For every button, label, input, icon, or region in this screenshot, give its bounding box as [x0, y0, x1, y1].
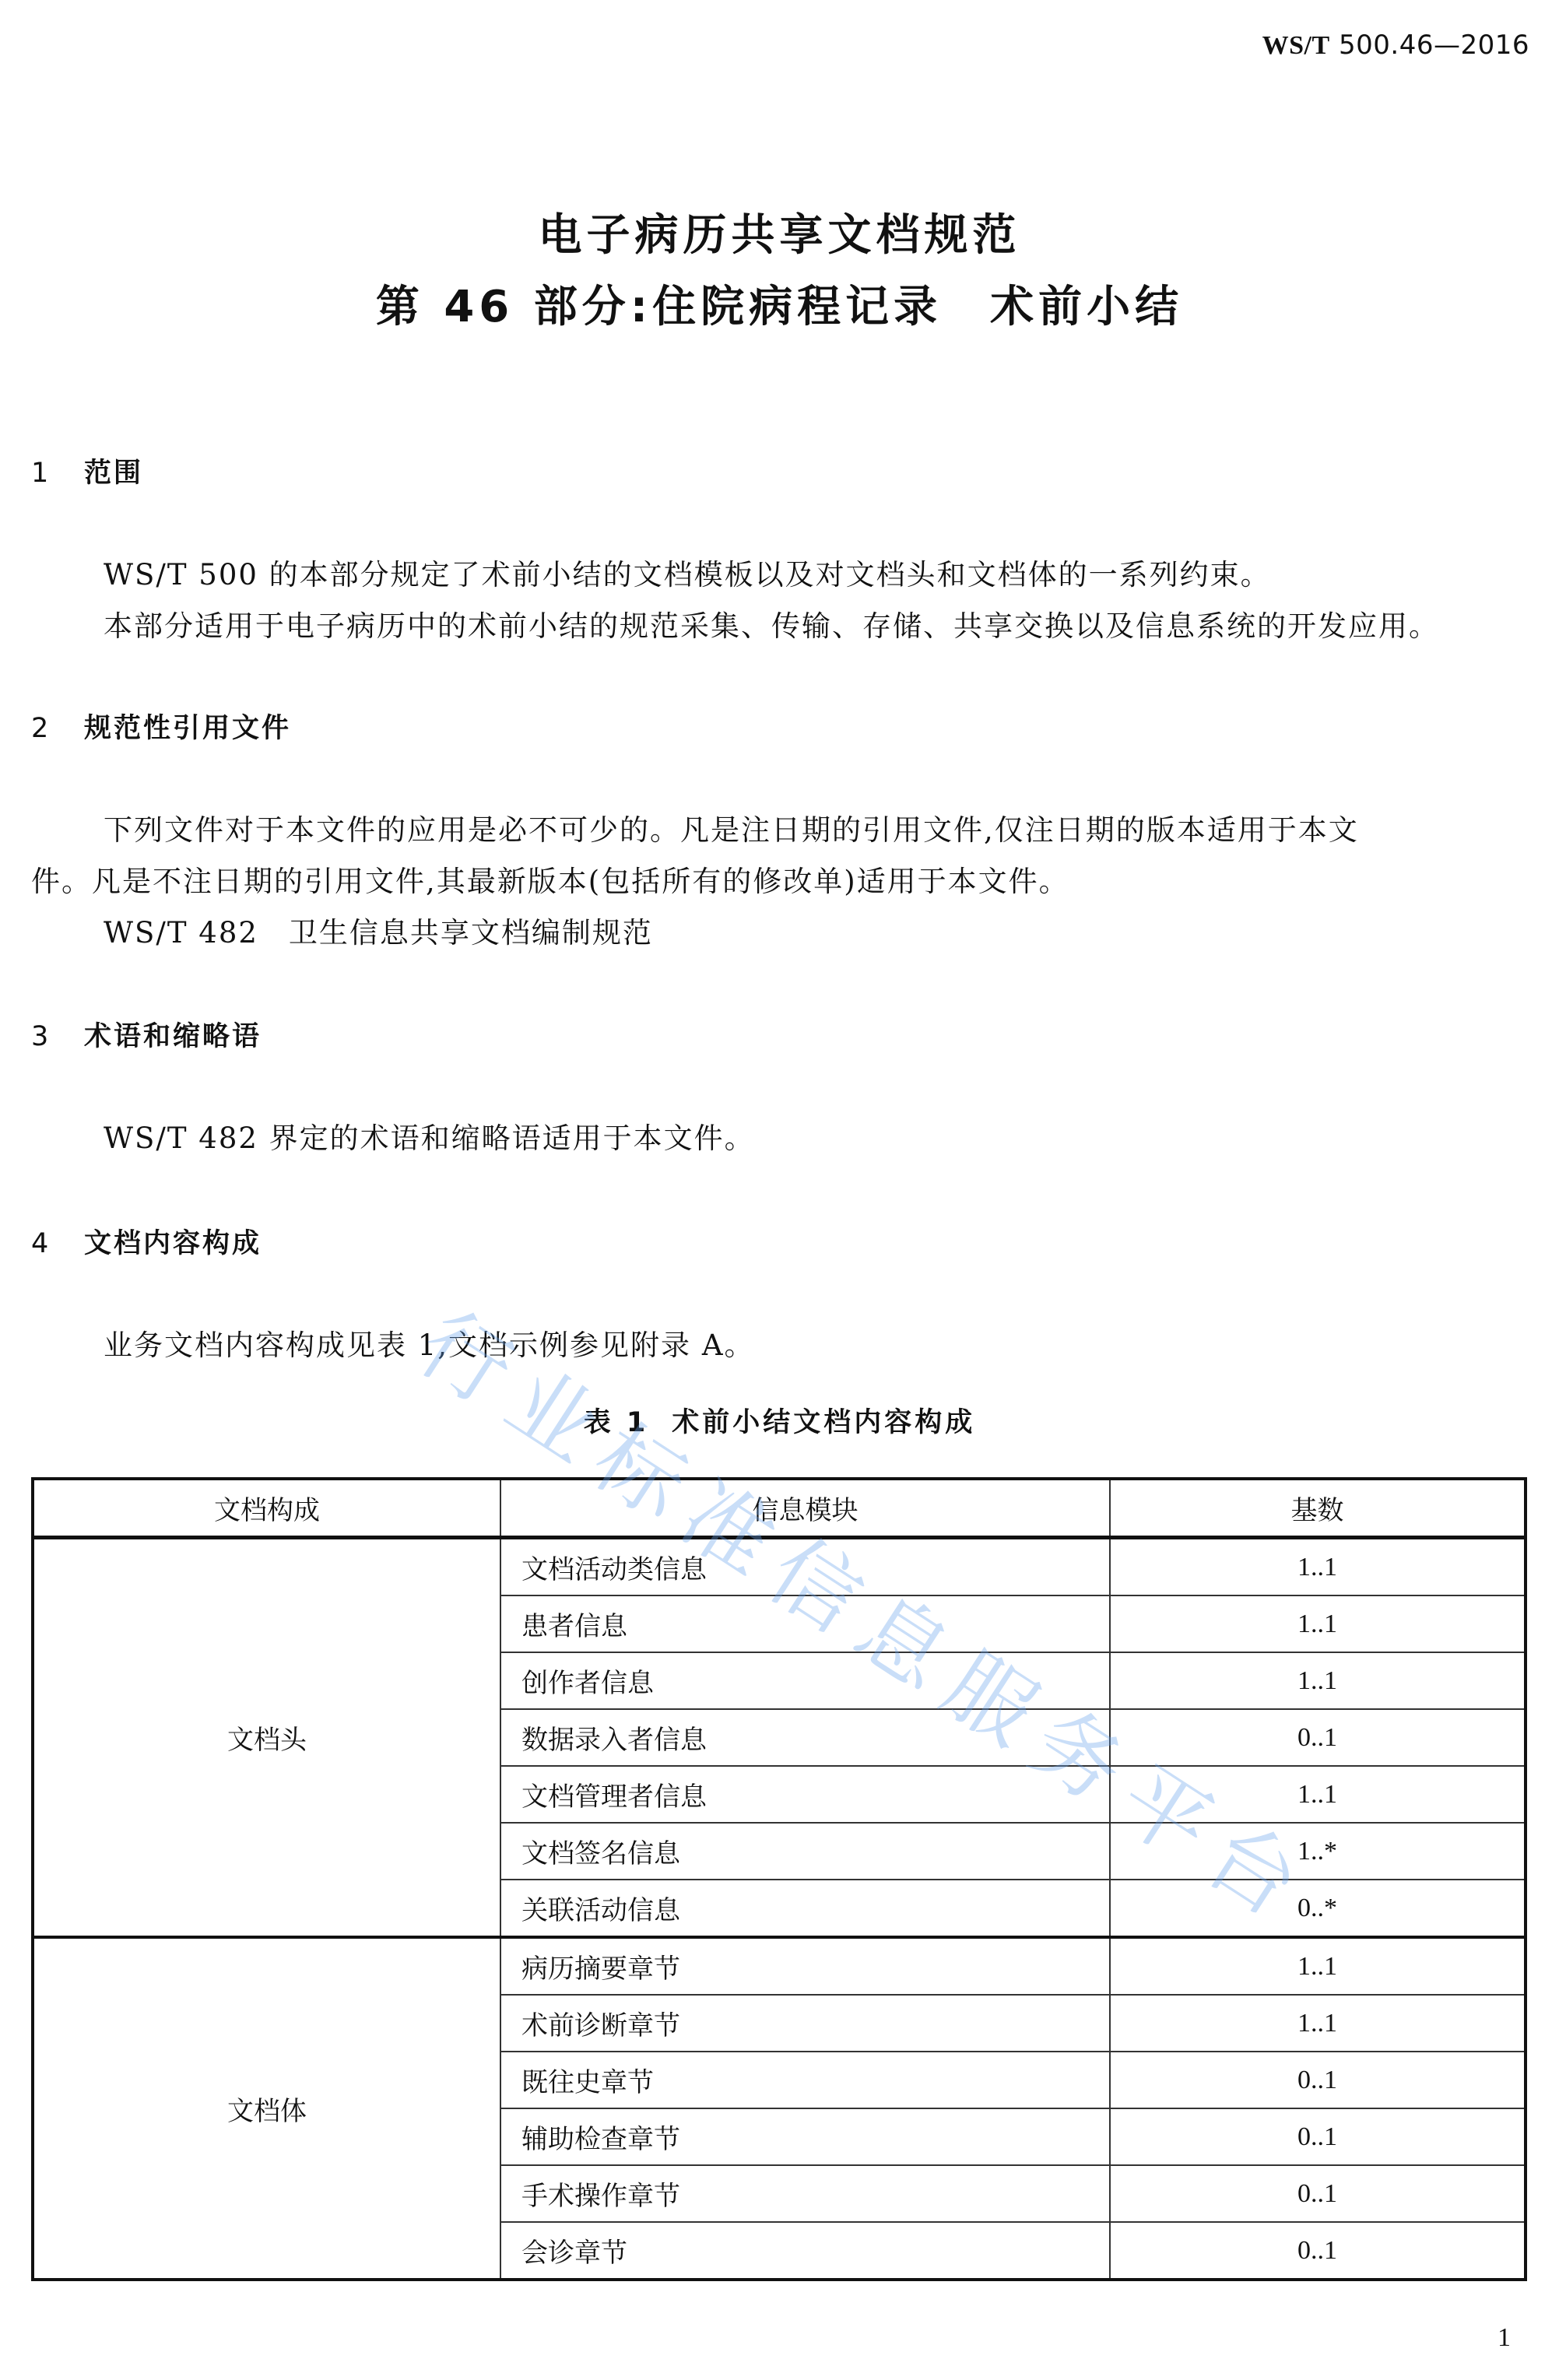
module-cell: 既往史章节: [500, 2052, 1110, 2108]
page-number: 1: [1498, 2323, 1511, 2353]
cardinality-cell: 0..1: [1110, 2222, 1526, 2280]
table-caption-title: 术前小结文档内容构成: [672, 1407, 975, 1438]
section-title: 规范性引用文件: [84, 713, 291, 744]
cardinality-cell: 1..1: [1110, 1995, 1526, 2052]
section-title: 术语和缩略语: [84, 1021, 262, 1052]
section-number: 2: [31, 713, 84, 744]
paragraph: 业务文档内容构成见表 1,文档示例参见附录 A。: [104, 1322, 755, 1364]
cardinality-cell: 1..1: [1110, 1538, 1526, 1596]
module-cell: 关联活动信息: [500, 1880, 1110, 1937]
column-header: 基数: [1110, 1479, 1526, 1538]
module-cell: 辅助检查章节: [500, 2108, 1110, 2165]
section-number: 1: [31, 458, 84, 489]
table-row: 文档体 病历摘要章节 1..1: [33, 1937, 1526, 1995]
cardinality-cell: 1..1: [1110, 1652, 1526, 1709]
module-cell: 手术操作章节: [500, 2165, 1110, 2222]
section-heading-content: 4文档内容构成: [31, 1222, 262, 1261]
module-cell: 文档活动类信息: [500, 1538, 1110, 1596]
standard-prefix: WS/T: [1262, 31, 1330, 60]
standard-number: 500.46—2016: [1339, 30, 1529, 61]
reference-item: WS/T 482 卫生信息共享文档编制规范: [104, 909, 653, 951]
paragraph: 下列文件对于本文件的应用是必不可少的。凡是注日期的引用文件,仅注日期的版本适用于…: [104, 806, 1359, 848]
section-heading-normative-references: 2规范性引用文件: [31, 707, 291, 746]
paragraph: WS/T 482 界定的术语和缩略语适用于本文件。: [104, 1115, 755, 1157]
cardinality-cell: 0..1: [1110, 2052, 1526, 2108]
column-header: 信息模块: [500, 1479, 1110, 1538]
table-row: 文档头 文档活动类信息 1..1: [33, 1538, 1526, 1596]
section-title: 范围: [84, 458, 143, 489]
cardinality-cell: 0..*: [1110, 1880, 1526, 1937]
section-number: 4: [31, 1228, 84, 1259]
column-header: 文档构成: [33, 1479, 500, 1538]
document-subtitle: 第 46 部分:住院病程记录 术前小结: [0, 272, 1559, 335]
table-caption: 表 1术前小结文档内容构成: [0, 1401, 1559, 1440]
section-title: 文档内容构成: [84, 1228, 262, 1259]
table-group-header: 文档头 文档活动类信息 1..1 患者信息 1..1 创作者信息 1..1 数据…: [33, 1538, 1526, 1938]
module-cell: 患者信息: [500, 1595, 1110, 1652]
cardinality-cell: 0..1: [1110, 1709, 1526, 1766]
section-heading-scope: 1范围: [31, 451, 143, 490]
paragraph: 本部分适用于电子病历中的术前小结的规范采集、传输、存储、共享交换以及信息系统的开…: [104, 602, 1439, 644]
table-caption-label: 表 1: [584, 1407, 649, 1438]
document-title: 电子病历共享文档规范: [0, 201, 1559, 263]
paragraph: WS/T 500 的本部分规定了术前小结的文档模板以及对文档头和文档体的一系列约…: [104, 551, 1271, 593]
standard-code: WS/T 500.46—2016: [1262, 30, 1529, 61]
cardinality-cell: 1..1: [1110, 1766, 1526, 1823]
cardinality-cell: 0..1: [1110, 2108, 1526, 2165]
module-cell: 数据录入者信息: [500, 1709, 1110, 1766]
module-cell: 文档签名信息: [500, 1823, 1110, 1880]
group-label: 文档体: [33, 1937, 500, 2280]
group-label: 文档头: [33, 1538, 500, 1938]
section-number: 3: [31, 1021, 84, 1052]
cardinality-cell: 1..1: [1110, 1595, 1526, 1652]
table-header-row: 文档构成 信息模块 基数: [33, 1479, 1526, 1538]
table-group-body: 文档体 病历摘要章节 1..1 术前诊断章节 1..1 既往史章节 0..1 辅…: [33, 1937, 1526, 2280]
cardinality-cell: 1..1: [1110, 1937, 1526, 1995]
module-cell: 创作者信息: [500, 1652, 1110, 1709]
section-heading-terms: 3术语和缩略语: [31, 1015, 262, 1054]
module-cell: 术前诊断章节: [500, 1995, 1110, 2052]
cardinality-cell: 0..1: [1110, 2165, 1526, 2222]
paragraph: 件。凡是不注日期的引用文件,其最新版本(包括所有的修改单)适用于本文件。: [31, 858, 1069, 900]
module-cell: 文档管理者信息: [500, 1766, 1110, 1823]
module-cell: 病历摘要章节: [500, 1937, 1110, 1995]
module-cell: 会诊章节: [500, 2222, 1110, 2280]
content-structure-table: 文档构成 信息模块 基数 文档头 文档活动类信息 1..1 患者信息 1..1 …: [31, 1477, 1527, 2281]
cardinality-cell: 1..*: [1110, 1823, 1526, 1880]
